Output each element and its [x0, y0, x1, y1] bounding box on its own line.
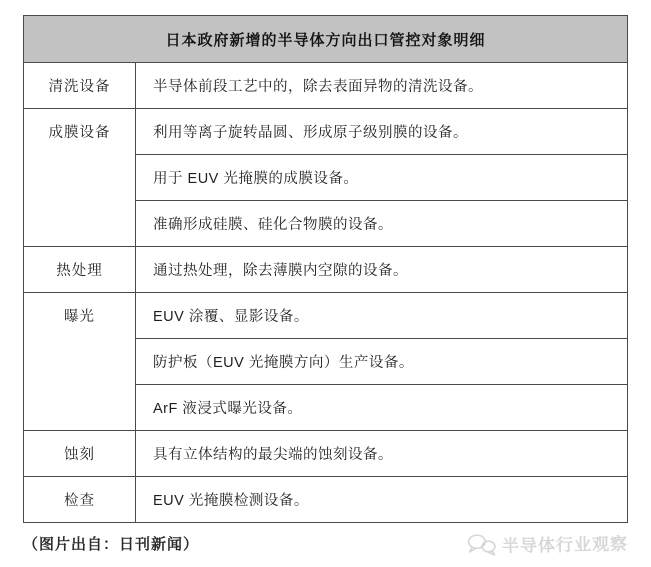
table-body: 清洗设备半导体前段工艺中的，除去表面异物的清洗设备。成膜设备利用等离子旋转晶圆、…: [24, 63, 628, 523]
category-cell: 成膜设备: [24, 109, 136, 247]
watermark-text: 半导体行业观察: [502, 530, 628, 557]
description-cell: EUV 光掩膜检测设备。: [136, 477, 628, 523]
image-source-caption: （图片出自：日刊新闻）: [23, 533, 199, 554]
category-cell: 清洗设备: [24, 63, 136, 109]
export-control-table: 日本政府新增的半导体方向出口管控对象明细 清洗设备半导体前段工艺中的，除去表面异…: [23, 15, 628, 523]
category-label: 曝光: [24, 293, 135, 338]
description-cell: ArF 液浸式曝光设备。: [136, 385, 628, 431]
table: 日本政府新增的半导体方向出口管控对象明细 清洗设备半导体前段工艺中的，除去表面异…: [23, 15, 628, 523]
watermark: 半导体行业观察: [466, 530, 628, 558]
table-row: 成膜设备利用等离子旋转晶圆、形成原子级别膜的设备。: [24, 109, 628, 155]
category-cell: 蚀刻: [24, 431, 136, 477]
category-label: 蚀刻: [24, 431, 135, 476]
description-cell: EUV 涂覆、显影设备。: [136, 293, 628, 339]
description-cell: 利用等离子旋转晶圆、形成原子级别膜的设备。: [136, 109, 628, 155]
description-cell: 准确形成硅膜、硅化合物膜的设备。: [136, 201, 628, 247]
table-row: 热处理通过热处理，除去薄膜内空隙的设备。: [24, 247, 628, 293]
description-cell: 具有立体结构的最尖端的蚀刻设备。: [136, 431, 628, 477]
table-row: 曝光EUV 涂覆、显影设备。: [24, 293, 628, 339]
description-cell: 防护板（EUV 光掩膜方向）生产设备。: [136, 339, 628, 385]
chat-bubbles-logo-icon: [466, 532, 497, 558]
table-row: 蚀刻具有立体结构的最尖端的蚀刻设备。: [24, 431, 628, 477]
description-cell: 通过热处理，除去薄膜内空隙的设备。: [136, 247, 628, 293]
table-header-row: 日本政府新增的半导体方向出口管控对象明细: [24, 16, 628, 63]
category-label: 检查: [24, 477, 135, 522]
category-cell: 曝光: [24, 293, 136, 431]
footer: （图片出自：日刊新闻） 半导体行业观察: [23, 531, 628, 556]
category-label: 成膜设备: [24, 109, 135, 154]
category-cell: 检查: [24, 477, 136, 523]
category-cell: 热处理: [24, 247, 136, 293]
category-label: 热处理: [24, 247, 135, 292]
table-row: 检查EUV 光掩膜检测设备。: [24, 477, 628, 523]
description-cell: 用于 EUV 光掩膜的成膜设备。: [136, 155, 628, 201]
description-cell: 半导体前段工艺中的，除去表面异物的清洗设备。: [136, 63, 628, 109]
category-label: 清洗设备: [24, 63, 135, 108]
table-row: 清洗设备半导体前段工艺中的，除去表面异物的清洗设备。: [24, 63, 628, 109]
table-title: 日本政府新增的半导体方向出口管控对象明细: [24, 16, 628, 63]
